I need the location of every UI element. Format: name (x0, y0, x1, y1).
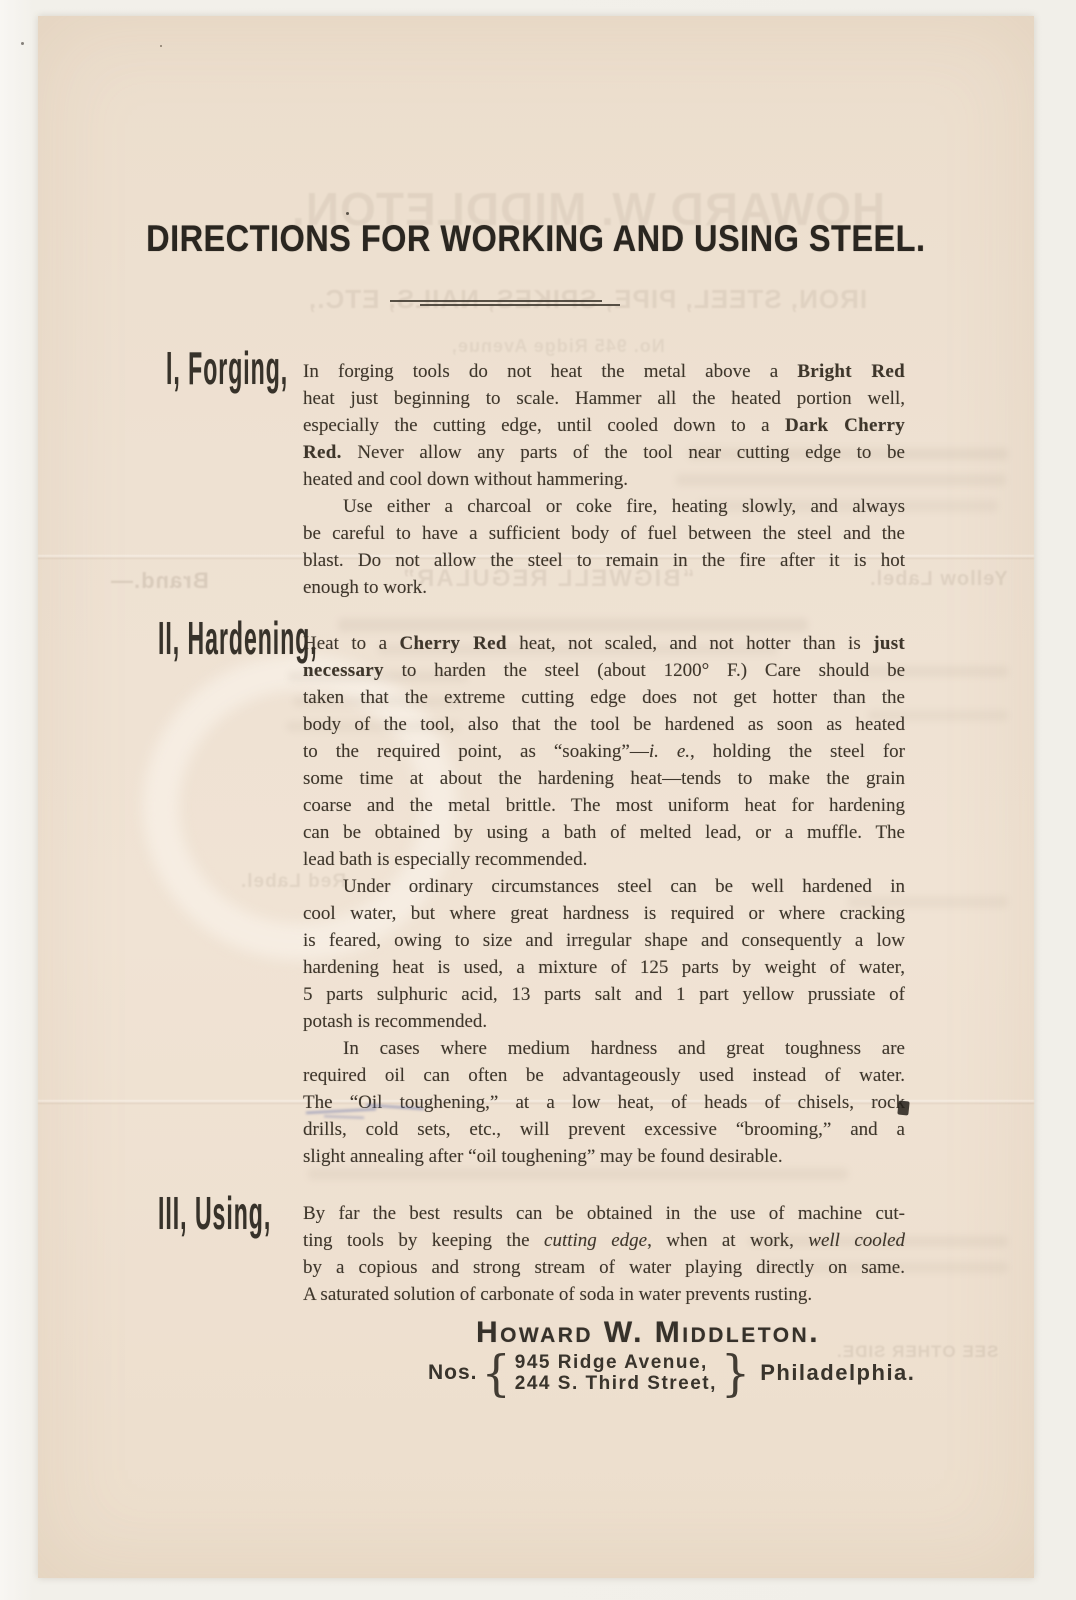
body-line: heat just beginning to scale. Hammer all… (303, 385, 905, 412)
section-heading-hardening: II, Hardening, (158, 611, 318, 665)
body-line: taken that the extreme cutting edge does… (303, 684, 905, 711)
body-line: ting tools by keeping the cutting edge, … (303, 1227, 905, 1254)
scanned-document-photo: { "page": { "title": "DIRECTIONS FOR WOR… (0, 0, 1076, 1600)
body-line: potash is recommended. (303, 1008, 905, 1035)
address-brace-open: { (482, 1345, 511, 1402)
body-line: Use either a charcoal or coke fire, heat… (303, 493, 905, 520)
body-line: In cases where medium hardness and great… (303, 1035, 905, 1062)
address-nos-label: Nos. (428, 1361, 478, 1385)
address-city: Philadelphia. (760, 1360, 915, 1386)
section-body-hardening: Heat to a Cherry Red heat, not scaled, a… (303, 630, 905, 1170)
section-heading-using: III, Using, (158, 1186, 271, 1240)
body-line: be careful to have a sufficient body of … (303, 520, 905, 547)
section-body-using: By far the best results can be obtained … (303, 1200, 905, 1308)
body-line: drills, cold sets, etc., will prevent ex… (303, 1116, 905, 1143)
body-line: The “Oil toughening,” at a low heat, of … (303, 1089, 905, 1116)
bleedthrough-text: No. 945 Ridge Avenue, (288, 336, 828, 357)
body-line: Under ordinary circumstances steel can b… (303, 873, 905, 900)
body-line: blast. Do not allow the steel to remain … (303, 547, 905, 574)
section-body-forging: In forging tools do not heat the metal a… (303, 358, 905, 601)
body-line: by a copious and strong stream of water … (303, 1254, 905, 1281)
body-line: By far the best results can be obtained … (303, 1200, 905, 1227)
background-speck (21, 42, 24, 45)
body-line: hardening heat is used, a mixture of 125… (303, 954, 905, 981)
body-line: can be obtained by using a bath of melte… (303, 819, 905, 846)
signature-name: Howard W. Middleton. (368, 1316, 928, 1350)
body-line: is feared, owing to size and irregular s… (303, 927, 905, 954)
body-line: necessary to harden the steel (about 120… (303, 657, 905, 684)
body-line: In forging tools do not heat the metal a… (303, 358, 905, 385)
document-paper: HOWARD W. MIDDLETON,IRON, STEEL, PIPE, S… (38, 16, 1034, 1578)
body-line: to the required point, as “soaking”—i. e… (303, 738, 905, 765)
body-line: heated and cool down without hammering. (303, 466, 905, 493)
section-heading-forging: I, Forging, (166, 341, 288, 395)
body-line: some time at about the hardening heat—te… (303, 765, 905, 792)
address-line-2: 244 S. Third Street, (515, 1373, 717, 1394)
body-line: body of the tool, also that the tool be … (303, 711, 905, 738)
body-line: cool water, but where great hardness is … (303, 900, 905, 927)
body-line: coarse and the metal brittle. The most u… (303, 792, 905, 819)
body-line: especially the cutting edge, until coole… (303, 412, 905, 439)
body-line: lead bath is especially recommended. (303, 846, 905, 873)
paper-speck-2 (160, 45, 162, 47)
body-line: required oil can often be advantageously… (303, 1062, 905, 1089)
address-block: Nos. { 945 Ridge Avenue, 244 S. Third St… (428, 1346, 915, 1400)
address-line-1: 945 Ridge Avenue, (515, 1352, 717, 1373)
divider-line-1 (390, 300, 602, 302)
body-line: slight annealing after “oil toughening” … (303, 1143, 905, 1170)
address-lines: 945 Ridge Avenue, 244 S. Third Street, (515, 1352, 717, 1394)
title-divider-rule (390, 298, 620, 308)
divider-line-2 (420, 304, 620, 306)
body-line: Red. Never allow any parts of the tool n… (303, 439, 905, 466)
page-title: DIRECTIONS FOR WORKING AND USING STEEL. (38, 218, 1034, 260)
body-line: A saturated solution of carbonate of sod… (303, 1281, 905, 1308)
paper-speck-1 (346, 212, 349, 215)
body-line: 5 parts sulphuric acid, 13 parts salt an… (303, 981, 905, 1008)
address-brace-close: } (721, 1345, 750, 1402)
body-line: enough to work. (303, 574, 905, 601)
bleedthrough-text: Brand.— (110, 568, 280, 594)
body-line: Heat to a Cherry Red heat, not scaled, a… (303, 630, 905, 657)
